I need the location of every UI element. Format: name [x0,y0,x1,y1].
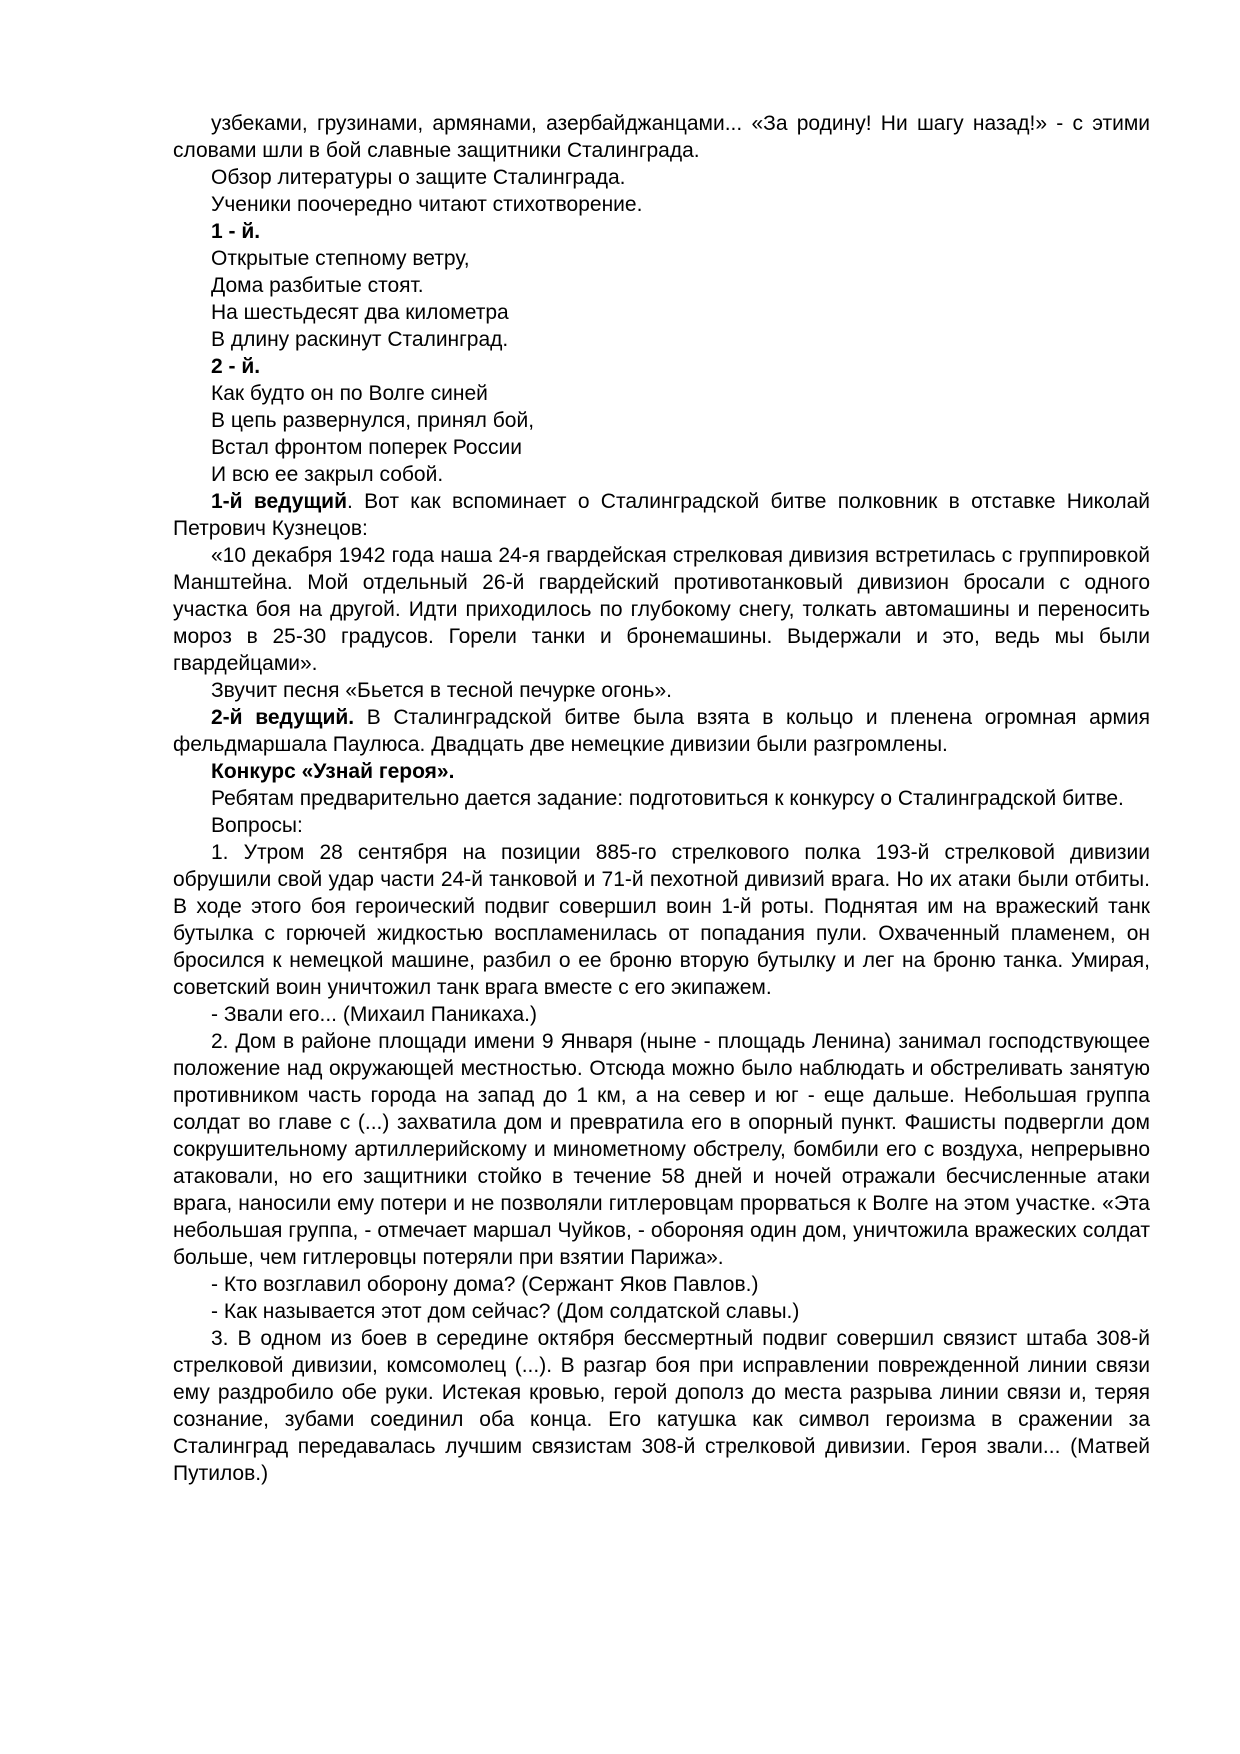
paragraph: И всю ее закрыл собой. [173,461,1150,488]
bold-text-run: 1-й ведущий [211,490,347,513]
text-run: Открытые степному ветру, [211,247,470,270]
text-run: 2. Дом в районе площади имени 9 Января (… [173,1030,1156,1269]
text-run: - Звали его... (Михаил Паникаха.) [211,1003,537,1026]
text-run: узбеками, грузинами, армянами, азербайдж… [173,112,1156,162]
paragraph: 1 - й. [173,218,1150,245]
bold-text-run: 1 - й. [211,220,260,243]
paragraph: 2 - й. [173,353,1150,380]
text-run: Встал фронтом поперек России [211,436,522,459]
text-run: «10 декабря 1942 года наша 24-я гвардейс… [173,544,1156,675]
paragraph: - Звали его... (Михаил Паникаха.) [173,1001,1150,1028]
text-run: - Как называется этот дом сейчас? (Дом с… [211,1300,799,1323]
paragraph: Вопросы: [173,812,1150,839]
paragraph: 2. Дом в районе площади имени 9 Января (… [173,1028,1150,1271]
text-run: В цепь развернулся, принял бой, [211,409,534,432]
paragraph: «10 декабря 1942 года наша 24-я гвардейс… [173,542,1150,677]
text-run: Как будто он по Волге синей [211,382,488,405]
paragraph: 2-й ведущий. В Сталинградской битве была… [173,704,1150,758]
paragraph: - Как называется этот дом сейчас? (Дом с… [173,1298,1150,1325]
paragraph: На шестьдесят два километра [173,299,1150,326]
text-run: Вопросы: [211,814,303,837]
paragraph: Обзор литературы о защите Сталинграда. [173,164,1150,191]
bold-text-run: 2-й ведущий. [211,706,354,729]
text-run: - Кто возглавил оборону дома? (Сержант Я… [211,1273,758,1296]
paragraph: Ученики поочередно читают стихотворение. [173,191,1150,218]
paragraph: Как будто он по Волге синей [173,380,1150,407]
text-run: И всю ее закрыл собой. [211,463,443,486]
bold-text-run: 2 - й. [211,355,260,378]
paragraph: Конкурс «Узнай героя». [173,758,1150,785]
bold-text-run: Конкурс «Узнай героя». [211,760,454,783]
paragraph: В длину раскинут Сталинград. [173,326,1150,353]
text-run: 3. В одном из боев в середине октября бе… [173,1327,1156,1485]
paragraph: 1-й ведущий. Вот как вспоминает о Сталин… [173,488,1150,542]
paragraph: Звучит песня «Бьется в тесной печурке ог… [173,677,1150,704]
text-run: Обзор литературы о защите Сталинграда. [211,166,625,189]
text-run: Ребятам предварительно дается задание: п… [211,787,1124,810]
paragraph: Встал фронтом поперек России [173,434,1150,461]
paragraph: 3. В одном из боев в середине октября бе… [173,1325,1150,1487]
paragraph: Ребятам предварительно дается задание: п… [173,785,1150,812]
text-run: Ученики поочередно читают стихотворение. [211,193,642,216]
document-page: узбеками, грузинами, армянами, азербайдж… [0,0,1240,1754]
paragraph: - Кто возглавил оборону дома? (Сержант Я… [173,1271,1150,1298]
text-run: 1. Утром 28 сентября на позиции 885-го с… [173,841,1156,999]
text-run: Дома разбитые стоят. [211,274,424,297]
paragraph: 1. Утром 28 сентября на позиции 885-го с… [173,839,1150,1001]
text-run: Звучит песня «Бьется в тесной печурке ог… [211,679,672,702]
paragraph: В цепь развернулся, принял бой, [173,407,1150,434]
paragraph: Открытые степному ветру, [173,245,1150,272]
paragraph: узбеками, грузинами, армянами, азербайдж… [173,110,1150,164]
text-run: В длину раскинут Сталинград. [211,328,508,351]
text-run: На шестьдесят два километра [211,301,509,324]
paragraph: Дома разбитые стоят. [173,272,1150,299]
document-text-column: узбеками, грузинами, армянами, азербайдж… [173,110,1150,1487]
